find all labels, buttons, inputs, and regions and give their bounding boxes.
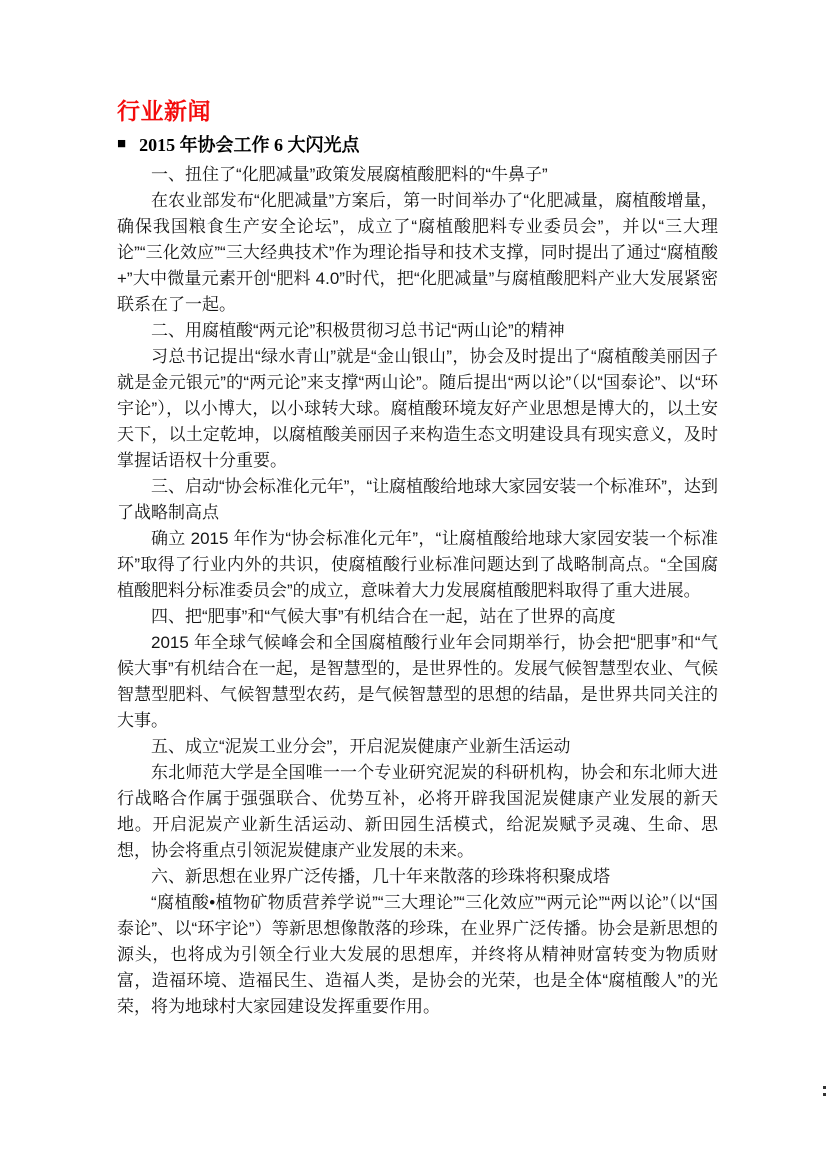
section-4-body: 2015 年全球气候峰会和全国腐植酸行业年会同期举行，协会把“肥事”和“气候大事… bbox=[117, 630, 718, 734]
section-6-heading: 六、新思想在业界广泛传播，几十年来散落的珍珠将积聚成塔 bbox=[117, 864, 718, 890]
section-1-heading: 一、扭住了“化肥减量”政策发展腐植酸肥料的“牛鼻子” bbox=[117, 162, 718, 188]
main-section-heading-text: 2015 年协会工作 6 大闪光点 bbox=[139, 132, 360, 159]
document-page: 行业新闻 ■ 2015 年协会工作 6 大闪光点 一、扭住了“化肥减量”政策发展… bbox=[0, 0, 826, 1169]
page-title: 行业新闻 bbox=[117, 97, 718, 125]
section-3-body: 确立 2015 年作为“协会标准化元年”，“让腐植酸给地球大家园安装一个标准环”… bbox=[117, 526, 718, 604]
section-5-heading: 五、成立“泥炭工业分会”，开启泥炭健康产业新生活运动 bbox=[117, 734, 718, 760]
main-section-heading: ■ 2015 年协会工作 6 大闪光点 bbox=[117, 132, 718, 159]
square-bullet-icon: ■ bbox=[117, 137, 126, 152]
section-6-body: “腐植酸•植物矿物质营养学说”“三大理论”“三化效应”“两元论”“两以论”（以“… bbox=[117, 890, 718, 1020]
section-2-heading: 二、用腐植酸“两元论”积极贯彻习总书记“两山论”的精神 bbox=[117, 318, 718, 344]
section-1-body: 在农业部发布“化肥减量”方案后，第一时间举办了“化肥减量，腐植酸增量，确保我国粮… bbox=[117, 188, 718, 318]
section-4-heading: 四、把“肥事”和“气候大事”有机结合在一起，站在了世界的高度 bbox=[117, 604, 718, 630]
section-2-body: 习总书记提出“绿水青山”就是“金山银山”，协会及时提出了“腐植酸美丽因子就是金元… bbox=[117, 344, 718, 474]
document-content: 行业新闻 ■ 2015 年协会工作 6 大闪光点 一、扭住了“化肥减量”政策发展… bbox=[117, 97, 718, 1020]
section-3-heading: 三、启动“协会标准化元年”，“让腐植酸给地球大家园安装一个标准环”，达到了战略制… bbox=[117, 474, 718, 526]
section-5-body: 东北师范大学是全国唯一一个专业研究泥炭的科研机构，协会和东北师大进行战略合作属于… bbox=[117, 760, 718, 864]
